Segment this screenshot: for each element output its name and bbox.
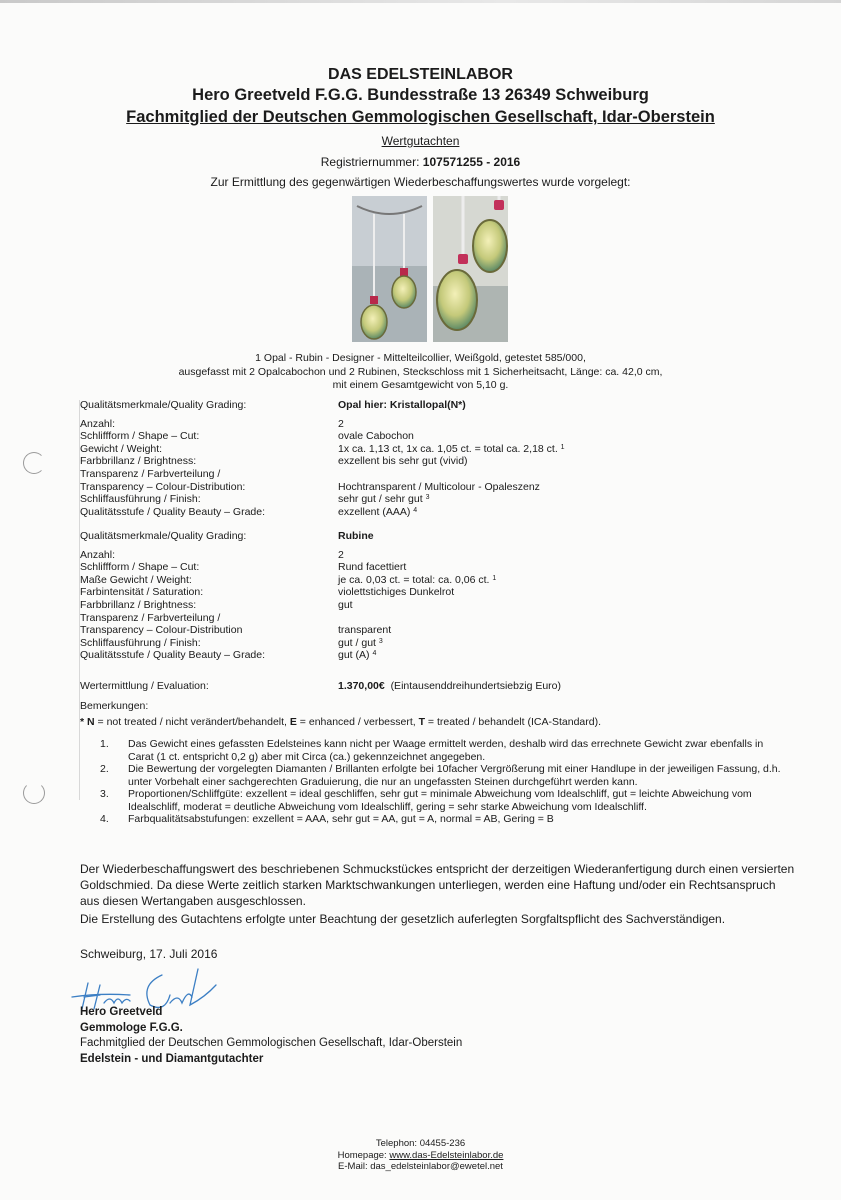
footnote: 2.Die Bewertung der vorgelegten Diamante… (100, 763, 790, 788)
grading-label: Schliffform / Shape – Cut: (80, 430, 338, 443)
grading-value: exzellent bis sehr gut (vivid) (338, 455, 565, 468)
grading-row: Transparenz / Farbverteilung / (80, 468, 565, 481)
email: E-Mail: das_edelsteinlabor@ewetel.net (0, 1161, 841, 1173)
evaluation-amount-words: (Eintausenddreihundertsiebzig Euro) (391, 680, 561, 692)
footnote-number: 1. (100, 738, 128, 763)
ruby-grading-rows: Anzahl:2Schliffform / Shape – Cut:Rund f… (80, 549, 496, 662)
necklace-detail-photo (433, 196, 508, 342)
description-line: mit einem Gesamtgewicht von 5,10 g. (0, 379, 841, 393)
evaluation: Wertermittlung / Evaluation: 1.370,00€ (… (80, 680, 561, 693)
treatment-desc: = not treated / nicht verändert/behandel… (95, 716, 290, 728)
legend-asterisk: * (80, 716, 87, 728)
grading-label: Schliffform / Shape – Cut: (80, 561, 338, 574)
grading-value: violettstichiges Dunkelrot (338, 586, 496, 599)
appraisal-document: DAS EDELSTEINLABOR Hero Greetveld F.G.G.… (0, 0, 841, 1200)
description-line: 1 Opal - Rubin - Designer - Mittelteilco… (0, 352, 841, 366)
lab-name: DAS EDELSTEINLABOR (0, 66, 841, 84)
grading-row: Anzahl:2 (80, 549, 496, 562)
grading-row: Transparenz / Farbverteilung / (80, 612, 496, 625)
homepage-link[interactable]: www.das-Edelsteinlabor.de (389, 1150, 503, 1161)
lab-membership: Fachmitglied der Deutschen Gemmologische… (0, 108, 841, 127)
scan-edge-shadow (0, 0, 841, 3)
registration-label: Registriernummer: (321, 155, 420, 169)
closing-paragraph: Der Wiederbeschaffungswert des beschrieb… (80, 861, 795, 909)
document-type: Wertgutachten (0, 134, 841, 148)
grading-label: Farbintensität / Saturation: (80, 586, 338, 599)
grading-label: Anzahl: (80, 549, 338, 562)
registration-line: Registriernummer: 107571255 - 2016 (0, 155, 841, 169)
treatment-legend: * N = not treated / nicht verändert/beha… (80, 716, 601, 728)
footnote-number: 3. (100, 788, 128, 813)
signer-membership: Fachmitglied der Deutschen Gemmologische… (80, 1036, 462, 1052)
opal-grading-rows: Anzahl:2Schliffform / Shape – Cut:ovale … (80, 418, 565, 519)
signer-name: Hero Greetveld (80, 1005, 462, 1021)
grading-heading-label: Qualitätsmerkmale/Quality Grading: (80, 399, 338, 412)
grading-label: Farbbrillanz / Brightness: (80, 455, 338, 468)
grading-heading-label: Qualitätsmerkmale/Quality Grading: (80, 530, 338, 543)
homepage-label: Homepage: (338, 1150, 390, 1161)
grading-label: Transparenz / Farbverteilung / (80, 468, 338, 481)
grading-value: gut (A) 4 (338, 649, 496, 662)
grading-label: Schliffausführung / Finish: (80, 637, 338, 650)
footnote: 4.Farbqualitätsabstufungen: exzellent = … (100, 813, 790, 826)
grading-value: exzellent (AAA) 4 (338, 506, 565, 519)
grading-value: 2 (338, 418, 565, 431)
grading-value (338, 612, 496, 625)
footnote-ref: 4 (413, 507, 417, 514)
description-line: ausgefasst mit 2 Opalcabochon und 2 Rubi… (0, 366, 841, 380)
signer-role: Edelstein - und Diamantgutachter (80, 1052, 462, 1068)
signer-block: Hero Greetveld Gemmologe F.G.G. Fachmitg… (80, 1005, 462, 1067)
treatment-code: N (87, 716, 95, 728)
punch-hole-mark (23, 452, 45, 474)
grading-row: Qualitätsstufe / Quality Beauty – Grade:… (80, 506, 565, 519)
grading-value: transparent (338, 624, 496, 637)
place-date: Schweiburg, 17. Juli 2016 (80, 946, 795, 962)
treatment-desc: = enhanced / verbessert, (297, 716, 419, 728)
grading-value: gut / gut 3 (338, 637, 496, 650)
footnote-text: Farbqualitätsabstufungen: exzellent = AA… (128, 813, 790, 826)
footnote-text: Das Gewicht eines gefassten Edelsteines … (128, 738, 790, 763)
footnote-text: Die Bewertung der vorgelegten Diamanten … (128, 763, 790, 788)
grading-label: Farbbrillanz / Brightness: (80, 599, 338, 612)
grading-row: Qualitätsstufe / Quality Beauty – Grade:… (80, 649, 496, 662)
footnote-ref: 4 (372, 650, 376, 657)
grading-value: je ca. 0,03 ct. = total: ca. 0,06 ct. 1 (338, 574, 496, 587)
grading-label: Transparenz / Farbverteilung / (80, 612, 338, 625)
lab-address: Hero Greetveld F.G.G. Bundesstraße 13 26… (0, 86, 841, 105)
footnote-ref: 1 (561, 444, 565, 451)
grading-row: Anzahl:2 (80, 418, 565, 431)
footnote-ref: 1 (492, 575, 496, 582)
contact-footer: Telephon: 04455-236 Homepage: www.das-Ed… (0, 1138, 841, 1173)
grading-row: Schliffausführung / Finish:gut / gut 3 (80, 637, 496, 650)
grading-value: Hochtransparent / Multicolour - Opalesze… (338, 481, 565, 494)
closing-paragraph: Die Erstellung des Gutachtens erfolgte u… (80, 911, 795, 927)
grading-value: Rund facettiert (338, 561, 496, 574)
jewelry-photos (352, 196, 508, 342)
grading-stone: Rubine (338, 530, 374, 542)
grading-stone: Opal hier: Kristallopal(N*) (338, 399, 466, 411)
footnote: 3.Proportionen/Schliffgüte: exzellent = … (100, 788, 790, 813)
footnote-ref: 3 (426, 494, 430, 501)
grading-row: Maße Gewicht / Weight:je ca. 0,03 ct. = … (80, 574, 496, 587)
grading-value: gut (338, 599, 496, 612)
grading-label: Qualitätsstufe / Quality Beauty – Grade: (80, 506, 338, 519)
footnote-ref: 3 (379, 638, 383, 645)
grading-heading: Qualitätsmerkmale/Quality Grading: Opal … (80, 399, 565, 412)
footnote-text: Proportionen/Schliffgüte: exzellent = id… (128, 788, 790, 813)
evaluation-amount: 1.370,00€ (338, 680, 385, 692)
registration-number: 107571255 - 2016 (423, 155, 520, 169)
grading-value: 1x ca. 1,13 ct, 1x ca. 1,05 ct. = total … (338, 443, 565, 456)
grading-label: Schliffausführung / Finish: (80, 493, 338, 506)
grading-row: Farbintensität / Saturation:violettstich… (80, 586, 496, 599)
ruby-grading: Qualitätsmerkmale/Quality Grading: Rubin… (80, 530, 496, 662)
item-description: 1 Opal - Rubin - Designer - Mittelteilco… (0, 352, 841, 393)
treatment-desc: = treated / behandelt (ICA-Standard). (425, 716, 601, 728)
grading-label: Transparency – Colour-Distribution: (80, 481, 338, 494)
evaluation-label: Wertermittlung / Evaluation: (80, 680, 338, 693)
necklace-overview-photo (352, 196, 427, 342)
grading-label: Gewicht / Weight: (80, 443, 338, 456)
grading-value (338, 468, 565, 481)
grading-label: Maße Gewicht / Weight: (80, 574, 338, 587)
grading-label: Qualitätsstufe / Quality Beauty – Grade: (80, 649, 338, 662)
remarks-label: Bemerkungen: (80, 700, 148, 713)
signer-title: Gemmologe F.G.G. (80, 1021, 462, 1037)
grading-value: 2 (338, 549, 496, 562)
grading-value: ovale Cabochon (338, 430, 565, 443)
footnote: 1.Das Gewicht eines gefassten Edelsteine… (100, 738, 790, 763)
punch-hole-mark (23, 782, 45, 804)
grading-row: Transparency – Colour-Distributiontransp… (80, 624, 496, 637)
grading-value: sehr gut / sehr gut 3 (338, 493, 565, 506)
grading-row: Schliffausführung / Finish:sehr gut / se… (80, 493, 565, 506)
opal-grading: Qualitätsmerkmale/Quality Grading: Opal … (80, 399, 565, 518)
grading-row: Farbbrillanz / Brightness:exzellent bis … (80, 455, 565, 468)
intro-text: Zur Ermittlung des gegenwärtigen Wiederb… (0, 175, 841, 189)
grading-row: Schliffform / Shape – Cut:Rund facettier… (80, 561, 496, 574)
treatment-code: E (290, 716, 297, 728)
phone: Telephon: 04455-236 (0, 1138, 841, 1150)
footnotes: 1.Das Gewicht eines gefassten Edelsteine… (100, 738, 790, 826)
footnote-number: 2. (100, 763, 128, 788)
grading-label: Transparency – Colour-Distribution (80, 624, 338, 637)
grading-row: Schliffform / Shape – Cut:ovale Cabochon (80, 430, 565, 443)
grading-label: Anzahl: (80, 418, 338, 431)
grading-row: Gewicht / Weight:1x ca. 1,13 ct, 1x ca. … (80, 443, 565, 456)
grading-row: Farbbrillanz / Brightness:gut (80, 599, 496, 612)
grading-row: Transparency – Colour-Distribution:Hocht… (80, 481, 565, 494)
footnote-number: 4. (100, 813, 128, 826)
grading-heading: Qualitätsmerkmale/Quality Grading: Rubin… (80, 530, 496, 543)
